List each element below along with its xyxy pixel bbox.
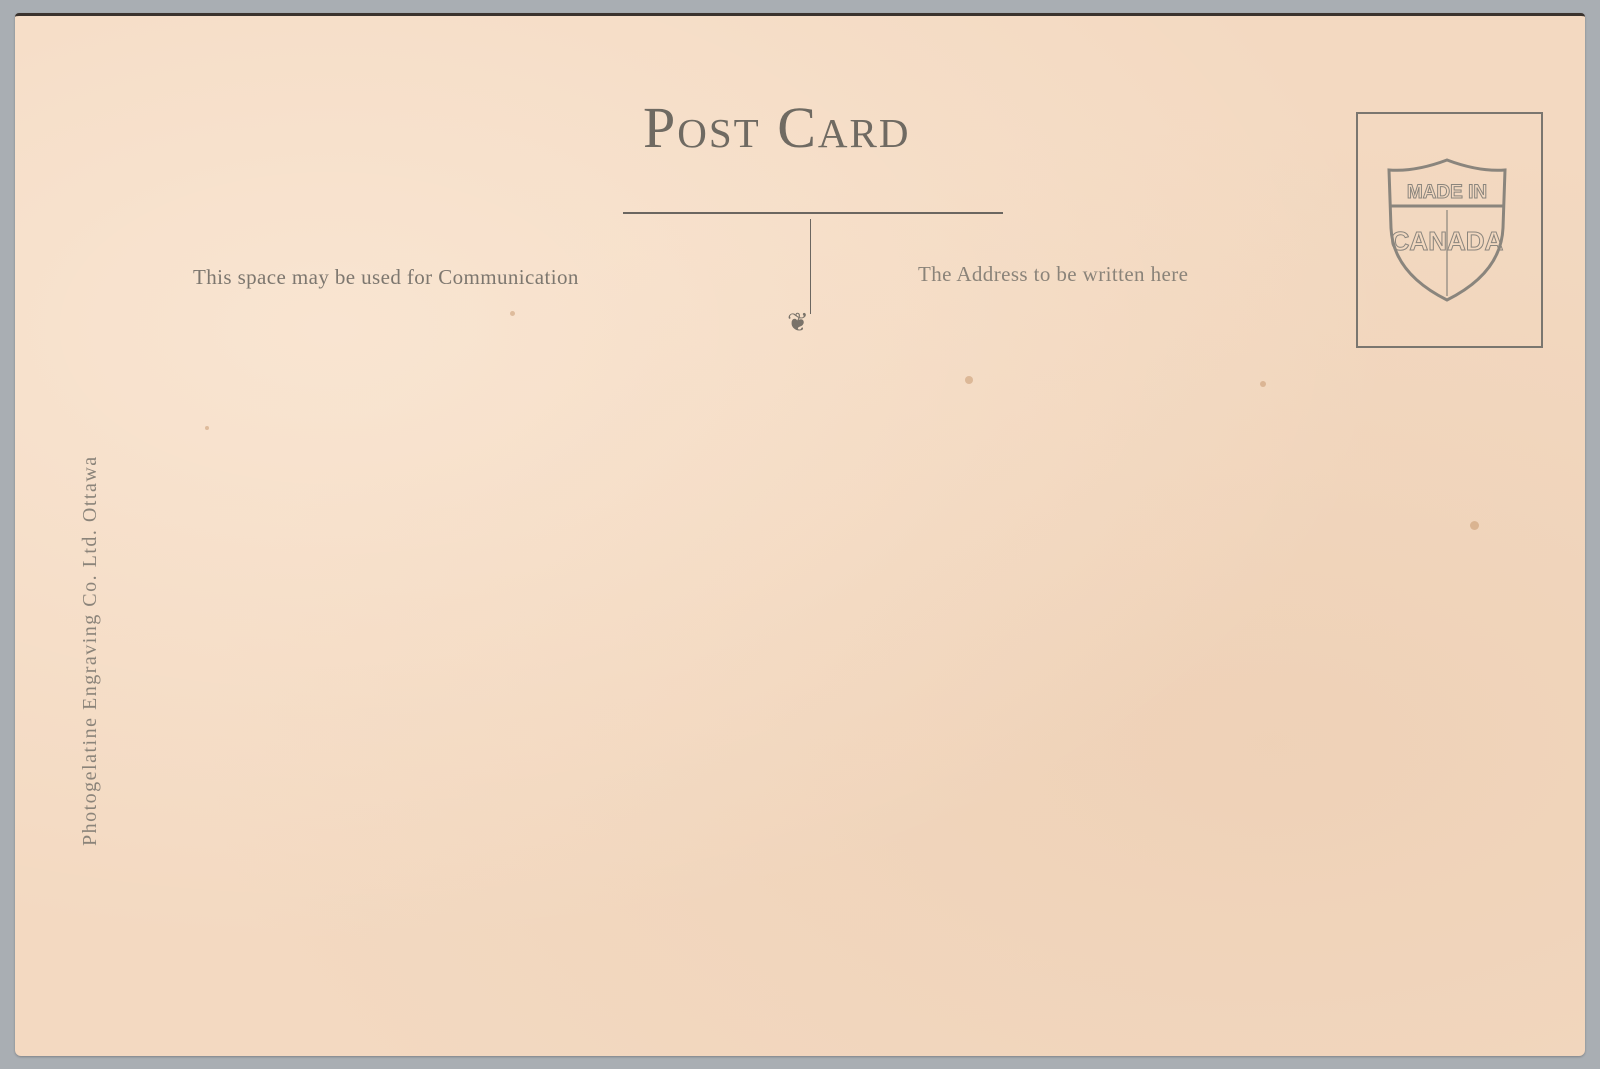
foxing-spot bbox=[510, 311, 515, 316]
foxing-spot bbox=[1470, 521, 1479, 530]
post-card-title: Post Card bbox=[643, 94, 910, 161]
scroll-ornament-icon: ❦ bbox=[787, 308, 809, 338]
made-in-canada-shield-icon: MADE IN CANADA bbox=[1385, 158, 1509, 302]
foxing-spot bbox=[965, 376, 973, 384]
title-divider-line bbox=[623, 212, 1003, 214]
svg-text:MADE IN: MADE IN bbox=[1407, 182, 1487, 203]
publisher-imprint: Photogelatine Engraving Co. Ltd. Ottawa bbox=[79, 455, 102, 846]
foxing-spot bbox=[205, 426, 209, 430]
communication-label: This space may be used for Communication bbox=[193, 265, 579, 290]
foxing-spot bbox=[1260, 381, 1266, 387]
address-label: The Address to be written here bbox=[918, 262, 1188, 287]
center-divider-line bbox=[810, 219, 811, 314]
postcard-back: Post Card ❦ This space may be used for C… bbox=[15, 13, 1585, 1056]
